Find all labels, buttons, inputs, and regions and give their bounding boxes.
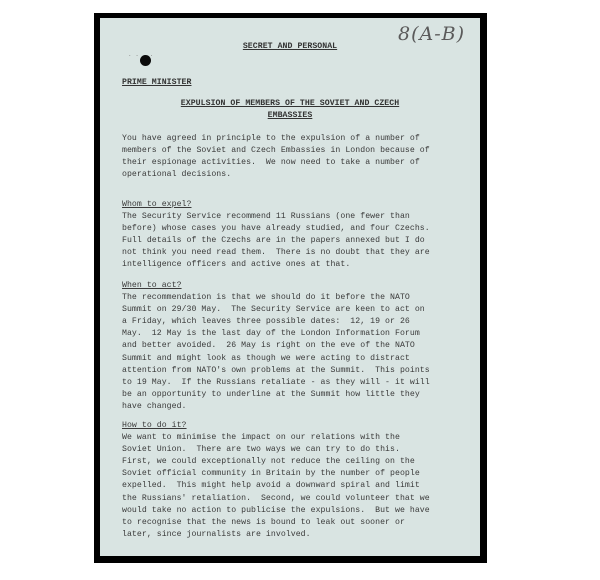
text-line: to 19 May. If the Russians retaliate - a… — [122, 377, 452, 389]
text-line: Full details of the Czechs are in the pa… — [122, 235, 452, 247]
section-heading: When to act? — [122, 280, 452, 292]
text-line: later, since journalists are involved. — [122, 529, 452, 541]
text-line: Summit on 29/30 May. The Security Servic… — [122, 304, 452, 316]
section-heading: How to do it? — [122, 420, 452, 432]
document-page: . . . . SECRET AND PERSONAL 8(A-B) PRIME… — [100, 18, 480, 556]
text-line: intelligence officers and active ones at… — [122, 259, 452, 271]
document-frame: . . . . SECRET AND PERSONAL 8(A-B) PRIME… — [94, 13, 487, 563]
text-line: have changed. — [122, 401, 452, 413]
text-line: The Security Service recommend 11 Russia… — [122, 211, 452, 223]
text-line: You have agreed in principle to the expu… — [122, 133, 452, 145]
text-line: expelled. This might help avoid a downwa… — [122, 480, 452, 492]
text-line: before) whose cases you have already stu… — [122, 223, 452, 235]
text-line: First, we could exceptionally not reduce… — [122, 456, 452, 468]
section-when-to-act: When to act? The recommendation is that … — [122, 280, 452, 413]
addressee: PRIME MINISTER — [122, 77, 192, 89]
handwritten-reference: 8(A-B) — [398, 28, 465, 40]
text-line: be an opportunity to underline at the Su… — [122, 389, 452, 401]
text-line: to recognise that the news is bound to l… — [122, 517, 452, 529]
title-line-2: EMBASSIES — [130, 110, 450, 122]
title-line-1: EXPULSION OF MEMBERS OF THE SOVIET AND C… — [130, 98, 450, 110]
text-line: members of the Soviet and Czech Embassie… — [122, 145, 452, 157]
text-line: would take no action to publicise the ex… — [122, 505, 452, 517]
text-line: the Russians' retaliation. Second, we co… — [122, 493, 452, 505]
text-line: May. 12 May is the last day of the Londo… — [122, 328, 452, 340]
punch-hole-icon — [140, 55, 151, 66]
text-line: attention from NATO's own problems at th… — [122, 365, 452, 377]
text-line: We want to minimise the impact on our re… — [122, 432, 452, 444]
text-line: Soviet official community in Britain by … — [122, 468, 452, 480]
text-line: a Friday, which leaves three possible da… — [122, 316, 452, 328]
text-line: operational decisions. — [122, 169, 452, 181]
section-how-to-do-it: How to do it? We want to minimise the im… — [122, 420, 452, 541]
document-title: EXPULSION OF MEMBERS OF THE SOVIET AND C… — [130, 98, 450, 122]
text-line: not think you need read them. There is n… — [122, 247, 452, 259]
text-line: their espionage activities. We now need … — [122, 157, 452, 169]
text-line: The recommendation is that we should do … — [122, 292, 452, 304]
section-whom-to-expel: Whom to expel? The Security Service reco… — [122, 199, 452, 272]
intro-paragraph: You have agreed in principle to the expu… — [122, 133, 452, 181]
section-heading: Whom to expel? — [122, 199, 452, 211]
text-line: Summit and might look as though we were … — [122, 353, 452, 365]
text-line: and better avoided. 26 May is right on t… — [122, 340, 452, 352]
text-line: Soviet Union. There are two ways we can … — [122, 444, 452, 456]
